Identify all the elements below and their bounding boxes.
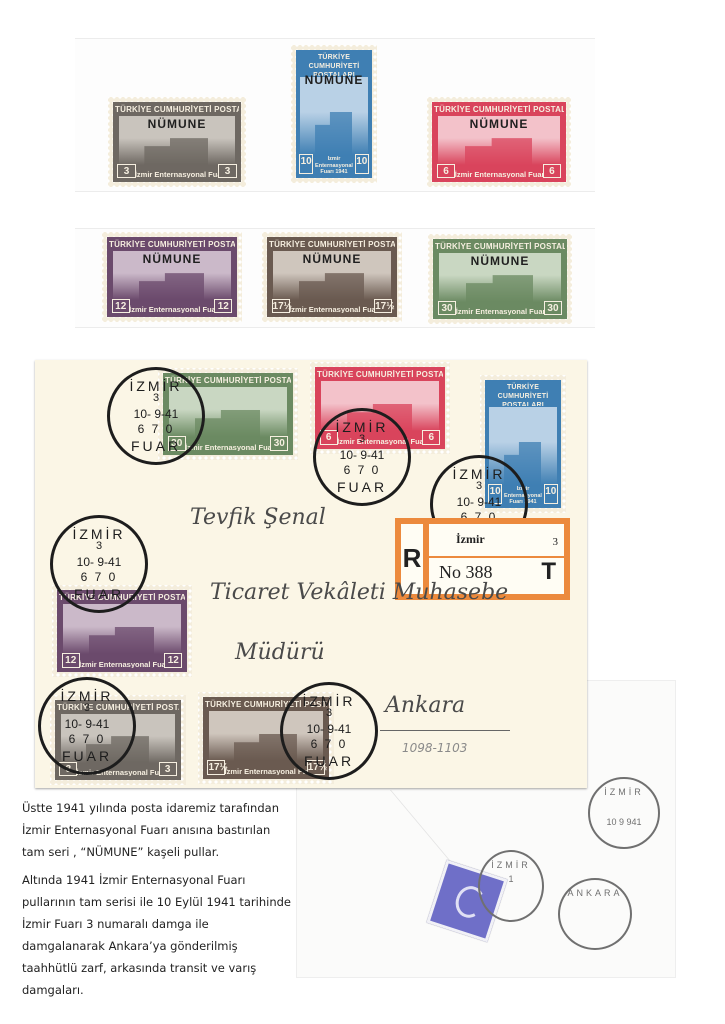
caption-paragraph-specimen: Üstte 1941 yılında posta idaremiz tarafı…	[22, 797, 292, 863]
postmark-place: FUAR	[53, 586, 145, 602]
stamp-design: TÜRKİYE CUMHURİYETİ POSTALARIİzmir Enter…	[267, 237, 397, 317]
pencil-note: 1098-1103	[402, 741, 467, 755]
stamp-value-right: 30	[544, 301, 563, 316]
caption: Üstte 1941 yılında posta idaremiz tarafı…	[22, 797, 292, 1007]
stamp-footer: İzmir Enternasyonal Fuarı 1941	[79, 657, 165, 669]
stamp-footer: İzmir Enternasyonal Fuarı 1941	[456, 304, 544, 315]
postmark-izmir-fuar: İZMİR310- 9-416 7 0FUAR	[50, 515, 148, 613]
postmark-text: ANKARA	[560, 888, 630, 898]
stamp-value-right: 6	[422, 430, 440, 445]
stamp-vignette	[300, 77, 368, 155]
postmark-code: 6 7 0	[53, 571, 145, 585]
postmark-office: 3	[316, 433, 408, 446]
stamp-6-kurus-specimen: TÜRKİYE CUMHURİYETİ POSTALARIİzmir Enter…	[427, 97, 571, 187]
stamp-3-kurus-specimen: TÜRKİYE CUMHURİYETİ POSTALARIİzmir Enter…	[108, 97, 246, 187]
stamp-value-right: 12	[164, 653, 182, 668]
stamp-10-kurus-specimen: TÜRKİYE CUMHURİYETİ POSTALARIİzmir Enter…	[291, 45, 377, 183]
postmark-text: 1	[480, 874, 542, 884]
stamp-17-5-kurus-specimen: TÜRKİYE CUMHURİYETİ POSTALARIİzmir Enter…	[262, 232, 402, 322]
stamp-header: TÜRKİYE CUMHURİYETİ POSTALARI	[435, 241, 565, 252]
postmark-office: 3	[41, 702, 133, 715]
stamp-value-right: 6	[543, 164, 562, 179]
postmark-text: İZMİR	[590, 787, 658, 797]
stamp-30-para-specimen: TÜRKİYE CUMHURİYETİ POSTALARIİzmir Enter…	[428, 234, 572, 324]
stamp-value-right: 30	[270, 436, 288, 451]
stamp-footer: İzmir Enternasyonal Fuarı 1941	[310, 156, 359, 173]
stamp-12-kurus-specimen: TÜRKİYE CUMHURİYETİ POSTALARIİzmir Enter…	[102, 232, 242, 322]
stamp-value-left: 3	[117, 164, 135, 179]
specimen-overprint: NÜMUNE	[109, 252, 235, 266]
postmark-date: 10- 9-41	[316, 449, 408, 463]
postmark-text: 10 9 941	[590, 817, 658, 827]
address-line-name: Tevfik Şenal	[190, 505, 326, 530]
postmark-code: 6 7 0	[41, 733, 133, 747]
postmark-izmir-1: İZMİR1	[478, 850, 544, 922]
registration-top-row	[429, 524, 564, 558]
stamp-header: TÜRKİYE CUMHURİYETİ POSTALARI	[434, 104, 564, 115]
registration-suffix: T	[541, 558, 556, 586]
postmark-date: 10- 9-41	[41, 718, 133, 732]
postmark-office: 3	[53, 540, 145, 553]
postmark-izmir-fuar: İZMİR310- 9-416 7 0FUAR	[313, 408, 411, 506]
stamp-value-right: 10	[355, 154, 369, 173]
stamp-value-left: 12	[112, 299, 130, 314]
stamp-footer: İzmir Enternasyonal Fuarı 1941	[289, 302, 375, 313]
postmark-izmir-fuar: İZMİR310- 9-416 7 0FUAR	[38, 677, 136, 775]
stamp-vignette	[63, 604, 181, 654]
arrival-postmark-ankara: ANKARA	[558, 878, 632, 950]
stamp-value-left: 17½	[272, 299, 290, 314]
stamp-header: TÜRKİYE CUMHURİYETİ POSTALARI	[487, 382, 559, 406]
stamp-footer: İzmir Enternasyonal Fuarı 1941	[135, 167, 219, 178]
stamp-value-left: 10	[299, 154, 313, 173]
registration-city: İzmir	[456, 532, 485, 547]
transit-postmark-izmir: İZMİR10 9 941	[588, 777, 660, 849]
stamp-header: TÜRKİYE CUMHURİYETİ POSTALARI	[269, 239, 395, 250]
postmark-izmir-fuar: İZMİR310- 9-416 7 0FUAR	[107, 367, 205, 465]
postmark-text: İZMİR	[480, 860, 542, 870]
postmark-date: 10- 9-41	[53, 556, 145, 570]
stamp-value-right: 17½	[374, 299, 392, 314]
stamp-header: TÜRKİYE CUMHURİYETİ POSTALARI	[109, 239, 235, 250]
postmark-date: 10- 9-41	[433, 496, 525, 510]
specimen-overprint: NÜMUNE	[435, 254, 565, 268]
address-line-city: Ankara	[385, 693, 465, 718]
stamp-footer: İzmir Enternasyonal Fuarı 1941	[129, 302, 215, 313]
address-line-title: Müdürü	[235, 640, 325, 665]
stamp-value-right: 3	[159, 762, 177, 777]
stamp-design: TÜRKİYE CUMHURİYETİ POSTALARIİzmir Enter…	[296, 50, 372, 178]
postmark-code: 6 7 0	[316, 464, 408, 478]
postmark-office: 3	[110, 392, 202, 405]
postmark-office: 3	[433, 480, 525, 493]
stamp-design: TÜRKİYE CUMHURİYETİ POSTALARIİzmir Enter…	[433, 239, 567, 319]
stamp-design: TÜRKİYE CUMHURİYETİ POSTALARIİzmir Enter…	[432, 102, 566, 182]
stamp-value-left: 12	[62, 653, 80, 668]
postmark-code: 6 7 0	[110, 423, 202, 437]
stamp-footer: İzmir Enternasyonal Fuarı 1941	[455, 167, 543, 178]
stamp-value-left: 6	[437, 164, 456, 179]
specimen-overprint: NÜMUNE	[298, 73, 370, 87]
postmark-code: 6 7 0	[283, 738, 375, 752]
address-line-office: Ticaret Vekâleti Muhasebe	[210, 580, 508, 605]
stamp-value-left: 17½	[207, 760, 225, 775]
postmark-place: FUAR	[110, 438, 202, 454]
stamp-value-right: 3	[218, 164, 236, 179]
caption-paragraph-cover: Altında 1941 İzmir Enternasyonal Fuarı p…	[22, 869, 292, 1001]
specimen-overprint: NÜMUNE	[115, 117, 239, 131]
stamp-value-right: 10	[544, 484, 558, 503]
stamp-header: TÜRKİYE CUMHURİYETİ POSTALARI	[115, 104, 239, 115]
stamp-value-left: 30	[438, 301, 457, 316]
stamp-header: TÜRKİYE CUMHURİYETİ POSTALARI	[317, 369, 443, 380]
registration-office: 3	[553, 536, 559, 548]
postmark-place: FUAR	[283, 753, 375, 769]
stamp-design: TÜRKİYE CUMHURİYETİ POSTALARIİzmir Enter…	[113, 102, 241, 182]
postmark-office: 3	[283, 707, 375, 720]
stamp-design: TÜRKİYE CUMHURİYETİ POSTALARIİzmir Enter…	[107, 237, 237, 317]
postmark-date: 10- 9-41	[283, 723, 375, 737]
postmark-place: FUAR	[41, 748, 133, 764]
postmark-date: 10- 9-41	[110, 408, 202, 422]
postmark-izmir-fuar: İZMİR310- 9-416 7 0FUAR	[280, 682, 378, 780]
specimen-overprint: NÜMUNE	[434, 117, 564, 131]
stamp-value-right: 12	[214, 299, 232, 314]
postmark-place: FUAR	[316, 479, 408, 495]
specimen-overprint: NÜMUNE	[269, 252, 395, 266]
address-underline	[380, 730, 510, 731]
